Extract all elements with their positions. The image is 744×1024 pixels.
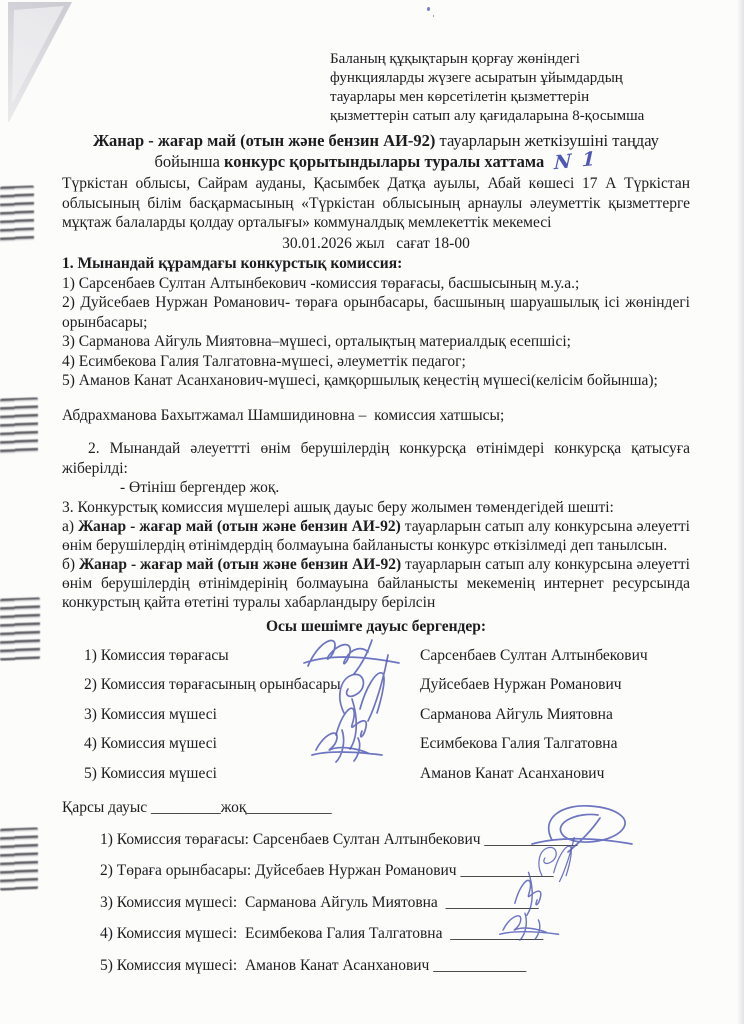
signoff-list: 1) Комиссия төрағасы: Сарсенбаев Султан … xyxy=(62,830,690,976)
item-b-bold: Жанар - жағар май (отын және бензин АИ-9… xyxy=(79,556,401,573)
commission-members-list: 1) Сарсенбаев Султан Алтынбекович -комис… xyxy=(62,274,690,391)
title-line2-pre: бойынша xyxy=(154,152,224,171)
commission-secretary-line: Абдрахманова Бахытжамал Шамшидиновна – к… xyxy=(62,406,690,426)
document-body: Баланың құқықтарын қорғау жөніндегі функ… xyxy=(0,0,744,1024)
annex-note-line: Баланың құқықтарын қорғау жөніндегі xyxy=(330,50,690,69)
handwritten-protocol-number: N 1 xyxy=(554,149,598,175)
against-votes-line: Қарсы дауыс _________жоқ___________ xyxy=(62,798,690,818)
section3-intro: 3. Конкурстық комиссия мүшелері ашық дау… xyxy=(62,498,690,518)
signature-blank: ____________ xyxy=(457,862,554,879)
item-a-bold: Жанар - жағар май (отын және бензин АИ-9… xyxy=(78,518,401,535)
signature-blank: ____________ xyxy=(438,894,539,911)
item-a-prefix: а) xyxy=(62,518,78,535)
signature-blank: ____________ xyxy=(481,831,578,848)
signature-blank: ____________ xyxy=(429,957,526,974)
signature-blank: ____________ xyxy=(442,925,543,942)
vote-name: Сарсенбаев Султан Алтынбекович xyxy=(420,646,648,666)
scanned-protocol-document: Баланың құқықтарын қорғау жөніндегі функ… xyxy=(0,0,744,1024)
item-b-prefix: б) xyxy=(62,556,79,573)
decision-item-a: а) Жанар - жағар май (отын және бензин А… xyxy=(62,517,690,555)
decision-item-b: б) Жанар - жағар май (отын және бензин А… xyxy=(62,555,690,612)
vote-role: 1) Комиссия төрағасы xyxy=(84,646,420,666)
document-title: Жанар - жағар май (отын және бензин АИ-9… xyxy=(62,130,690,172)
vote-role: 5) Комиссия мүшесі xyxy=(84,764,420,784)
annex-note: Баланың құқықтарын қорғау жөніндегі функ… xyxy=(330,50,690,126)
vote-name: Дуйсебаев Нуржан Романович xyxy=(420,675,622,695)
title-regular-part: тауарларын жеткізушіні таңдау xyxy=(435,131,659,150)
section2-text: 2. Мынандай әлеуеттті өнім берушілердің … xyxy=(62,439,690,478)
location-paragraph: Түркістан облысы, Сайрам ауданы, Қасымбе… xyxy=(62,174,690,233)
annex-note-line: тауарлары мен көрсетілетін қызметтерін xyxy=(330,88,690,107)
vote-role: 4) Комиссия мүшесі xyxy=(84,734,420,754)
voting-table: 1) Комиссия төрағасы Сарсенбаев Султан А… xyxy=(62,646,690,784)
vote-row: 1) Комиссия төрағасы Сарсенбаев Султан А… xyxy=(84,646,690,666)
vote-role: 3) Комиссия мүшесі xyxy=(84,705,420,725)
annex-note-line: қызметтерін сатып алу қағидаларына 8-қос… xyxy=(330,107,690,126)
title-bold-part: Жанар - жағар май (отын және бензин АИ-9… xyxy=(93,131,435,150)
datetime-line: 30.01.2026 жыл сағат 18-00 xyxy=(62,234,690,254)
signoff-label: 2) Төраға орынбасары: Дуйсебаев Нуржан Р… xyxy=(100,862,457,879)
vote-name: Аманов Канат Асанханович xyxy=(420,764,604,784)
commission-member: 2) Дуйсебаев Нуржан Романович- төраға ор… xyxy=(62,293,690,332)
vote-role: 2) Комиссия төрағасының орынбасары xyxy=(84,675,420,695)
vote-name: Есимбекова Галия Талгатовна xyxy=(420,734,617,754)
vote-row: 4) Комиссия мүшесі Есимбекова Галия Талг… xyxy=(84,734,690,754)
annex-note-line: функцияларды жүзеге асыратын ұйымдардың xyxy=(330,69,690,88)
signoff-row: 1) Комиссия төрағасы: Сарсенбаев Султан … xyxy=(100,830,690,850)
vote-row: 3) Комиссия мүшесі Сарманова Айгуль Мият… xyxy=(84,705,690,725)
signoff-label: 3) Комиссия мүшесі: Сарманова Айгуль Мия… xyxy=(100,894,438,911)
signoff-label: 1) Комиссия төрағасы: Сарсенбаев Султан … xyxy=(100,831,481,848)
signoff-label: 5) Комиссия мүшесі: Аманов Канат Асанхан… xyxy=(100,957,429,974)
commission-member: 5) Аманов Канат Асанханович-мүшесі, қамқ… xyxy=(62,371,690,391)
commission-member: 1) Сарсенбаев Султан Алтынбекович -комис… xyxy=(62,274,690,294)
signoff-row: 4) Комиссия мүшесі: Есимбекова Галия Тал… xyxy=(100,924,690,944)
voting-heading: Осы шешімге дауыс бергендер: xyxy=(62,617,690,637)
commission-member: 3) Сарманова Айгуль Миятовна–мүшесі, орт… xyxy=(62,332,690,352)
section2-subitem: - Өтініш бергендер жоқ. xyxy=(120,478,690,498)
signoff-row: 5) Комиссия мүшесі: Аманов Канат Асанхан… xyxy=(100,956,690,976)
vote-row: 2) Комиссия төрағасының орынбасары Дуйсе… xyxy=(84,675,690,695)
signoff-label: 4) Комиссия мүшесі: Есимбекова Галия Тал… xyxy=(100,925,442,942)
section1-heading: 1. Мынандай құрамдағы конкурстық комисси… xyxy=(62,254,690,274)
title-line2-bold: конкурс қорытындылары туралы хаттама xyxy=(224,152,544,171)
vote-row: 5) Комиссия мүшесі Аманов Канат Асанхано… xyxy=(84,764,690,784)
signoff-row: 2) Төраға орынбасары: Дуйсебаев Нуржан Р… xyxy=(100,861,690,881)
signoff-row: 3) Комиссия мүшесі: Сарманова Айгуль Мия… xyxy=(100,893,690,913)
vote-name: Сарманова Айгуль Миятовна xyxy=(420,705,613,725)
commission-member: 4) Есимбекова Галия Талгатовна-мүшесі, ә… xyxy=(62,352,690,372)
